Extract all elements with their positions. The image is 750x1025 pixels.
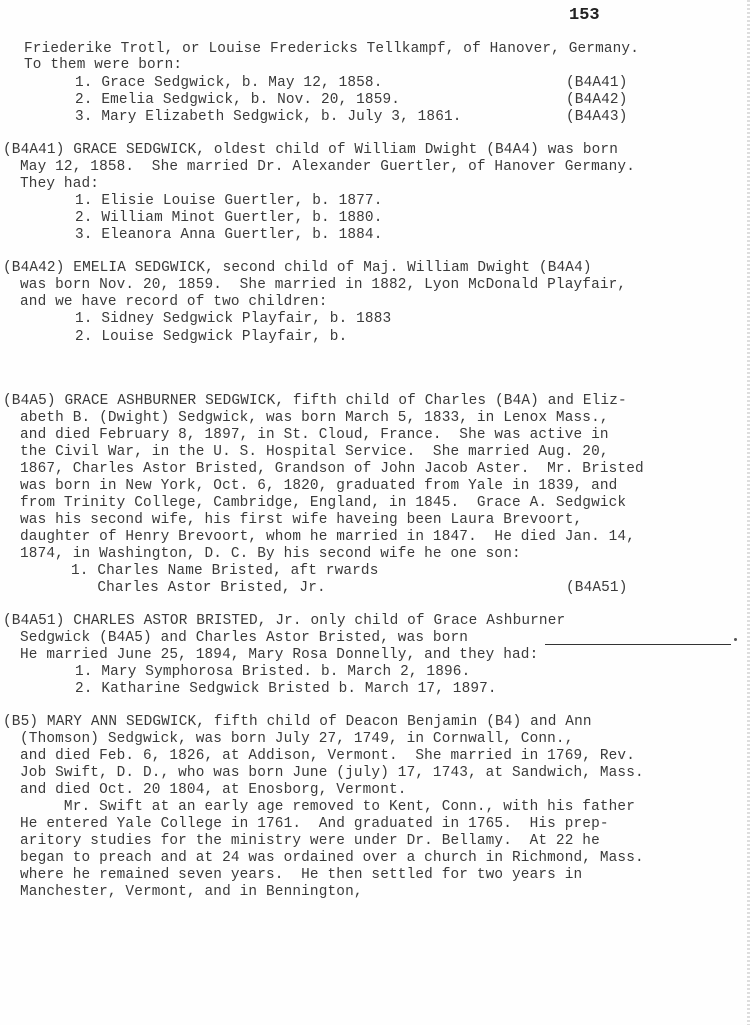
entry-heading-line: (B4A41) GRACE SEDGWICK, oldest child of …: [3, 143, 618, 158]
list-item: 3. Eleanora Anna Guertler, b. 1884.: [75, 228, 383, 243]
entry-heading-line: (B5) MARY ANN SEDGWICK, fifth child of D…: [3, 715, 592, 730]
period-mark: [734, 638, 737, 641]
fill-in-blank-line: [545, 644, 731, 645]
entry-line: aritory studies for the ministry were un…: [20, 834, 600, 849]
entry-line: began to preach and at 24 was ordained o…: [20, 851, 644, 866]
list-item: 1. Charles Name Bristed, aft rwards: [71, 564, 379, 579]
list-item: Charles Astor Bristed, Jr.: [71, 581, 326, 596]
reference-code: (B4A42): [566, 93, 628, 108]
entry-line: Sedgwick (B4A5) and Charles Astor Briste…: [20, 631, 468, 646]
list-item: 2. Louise Sedgwick Playfair, b.: [75, 330, 347, 345]
reference-code: (B4A43): [566, 110, 628, 125]
entry-line: daughter of Henry Brevoort, whom he marr…: [20, 530, 635, 545]
entry-line: (Thomson) Sedgwick, was born July 27, 17…: [20, 732, 574, 747]
document-page: 153 Friederike Trotl, or Louise Frederic…: [0, 0, 750, 1025]
entry-line: May 12, 1858. She married Dr. Alexander …: [20, 160, 635, 175]
entry-line: He entered Yale College in 1761. And gra…: [20, 817, 609, 832]
list-item: 2. Emelia Sedgwick, b. Nov. 20, 1859.: [75, 93, 400, 108]
list-item: 1. Elisie Louise Guertler, b. 1877.: [75, 194, 383, 209]
list-item: 2. Katharine Sedgwick Bristed b. March 1…: [75, 682, 497, 697]
intro-line: To them were born:: [24, 58, 182, 73]
entry-line: and died February 8, 1897, in St. Cloud,…: [20, 428, 609, 443]
entry-line: and died Feb. 6, 1826, at Addison, Vermo…: [20, 749, 635, 764]
list-item: 1. Mary Symphorosa Bristed. b. March 2, …: [75, 665, 470, 680]
entry-line: They had:: [20, 177, 99, 192]
entry-line: was his second wife, his first wife have…: [20, 513, 582, 528]
list-item: 3. Mary Elizabeth Sedgwick, b. July 3, 1…: [75, 110, 462, 125]
entry-line: 1867, Charles Astor Bristed, Grandson of…: [20, 462, 644, 477]
entry-heading-line: (B4A5) GRACE ASHBURNER SEDGWICK, fifth c…: [3, 394, 627, 409]
entry-line: abeth B. (Dwight) Sedgwick, was born Mar…: [20, 411, 609, 426]
entry-line: and we have record of two children:: [20, 295, 328, 310]
entry-line: where he remained seven years. He then s…: [20, 868, 582, 883]
entry-line: Job Swift, D. D., who was born June (jul…: [20, 766, 644, 781]
list-item: 1. Grace Sedgwick, b. May 12, 1858.: [75, 76, 383, 91]
intro-line: Friederike Trotl, or Louise Fredericks T…: [24, 42, 639, 57]
entry-line: from Trinity College, Cambridge, England…: [20, 496, 626, 511]
entry-line: and died Oct. 20 1804, at Enosborg, Verm…: [20, 783, 407, 798]
entry-line: was born in New York, Oct. 6, 1820, grad…: [20, 479, 617, 494]
entry-line: Manchester, Vermont, and in Bennington,: [20, 885, 363, 900]
entry-line: Mr. Swift at an early age removed to Ken…: [20, 800, 635, 815]
list-item: 2. William Minot Guertler, b. 1880.: [75, 211, 383, 226]
list-item: 1. Sidney Sedgwick Playfair, b. 1883: [75, 312, 391, 327]
entry-line: He married June 25, 1894, Mary Rosa Donn…: [20, 648, 538, 663]
entry-line: the Civil War, in the U. S. Hospital Ser…: [20, 445, 609, 460]
entry-heading-line: (B4A51) CHARLES ASTOR BRISTED, Jr. only …: [3, 614, 565, 629]
entry-heading-line: (B4A42) EMELIA SEDGWICK, second child of…: [3, 261, 592, 276]
reference-code: (B4A51): [566, 581, 628, 596]
entry-line: 1874, in Washington, D. C. By his second…: [20, 547, 521, 562]
reference-code: (B4A41): [566, 76, 628, 91]
entry-line: was born Nov. 20, 1859. She married in 1…: [20, 278, 626, 293]
page-number: 153: [569, 6, 600, 25]
